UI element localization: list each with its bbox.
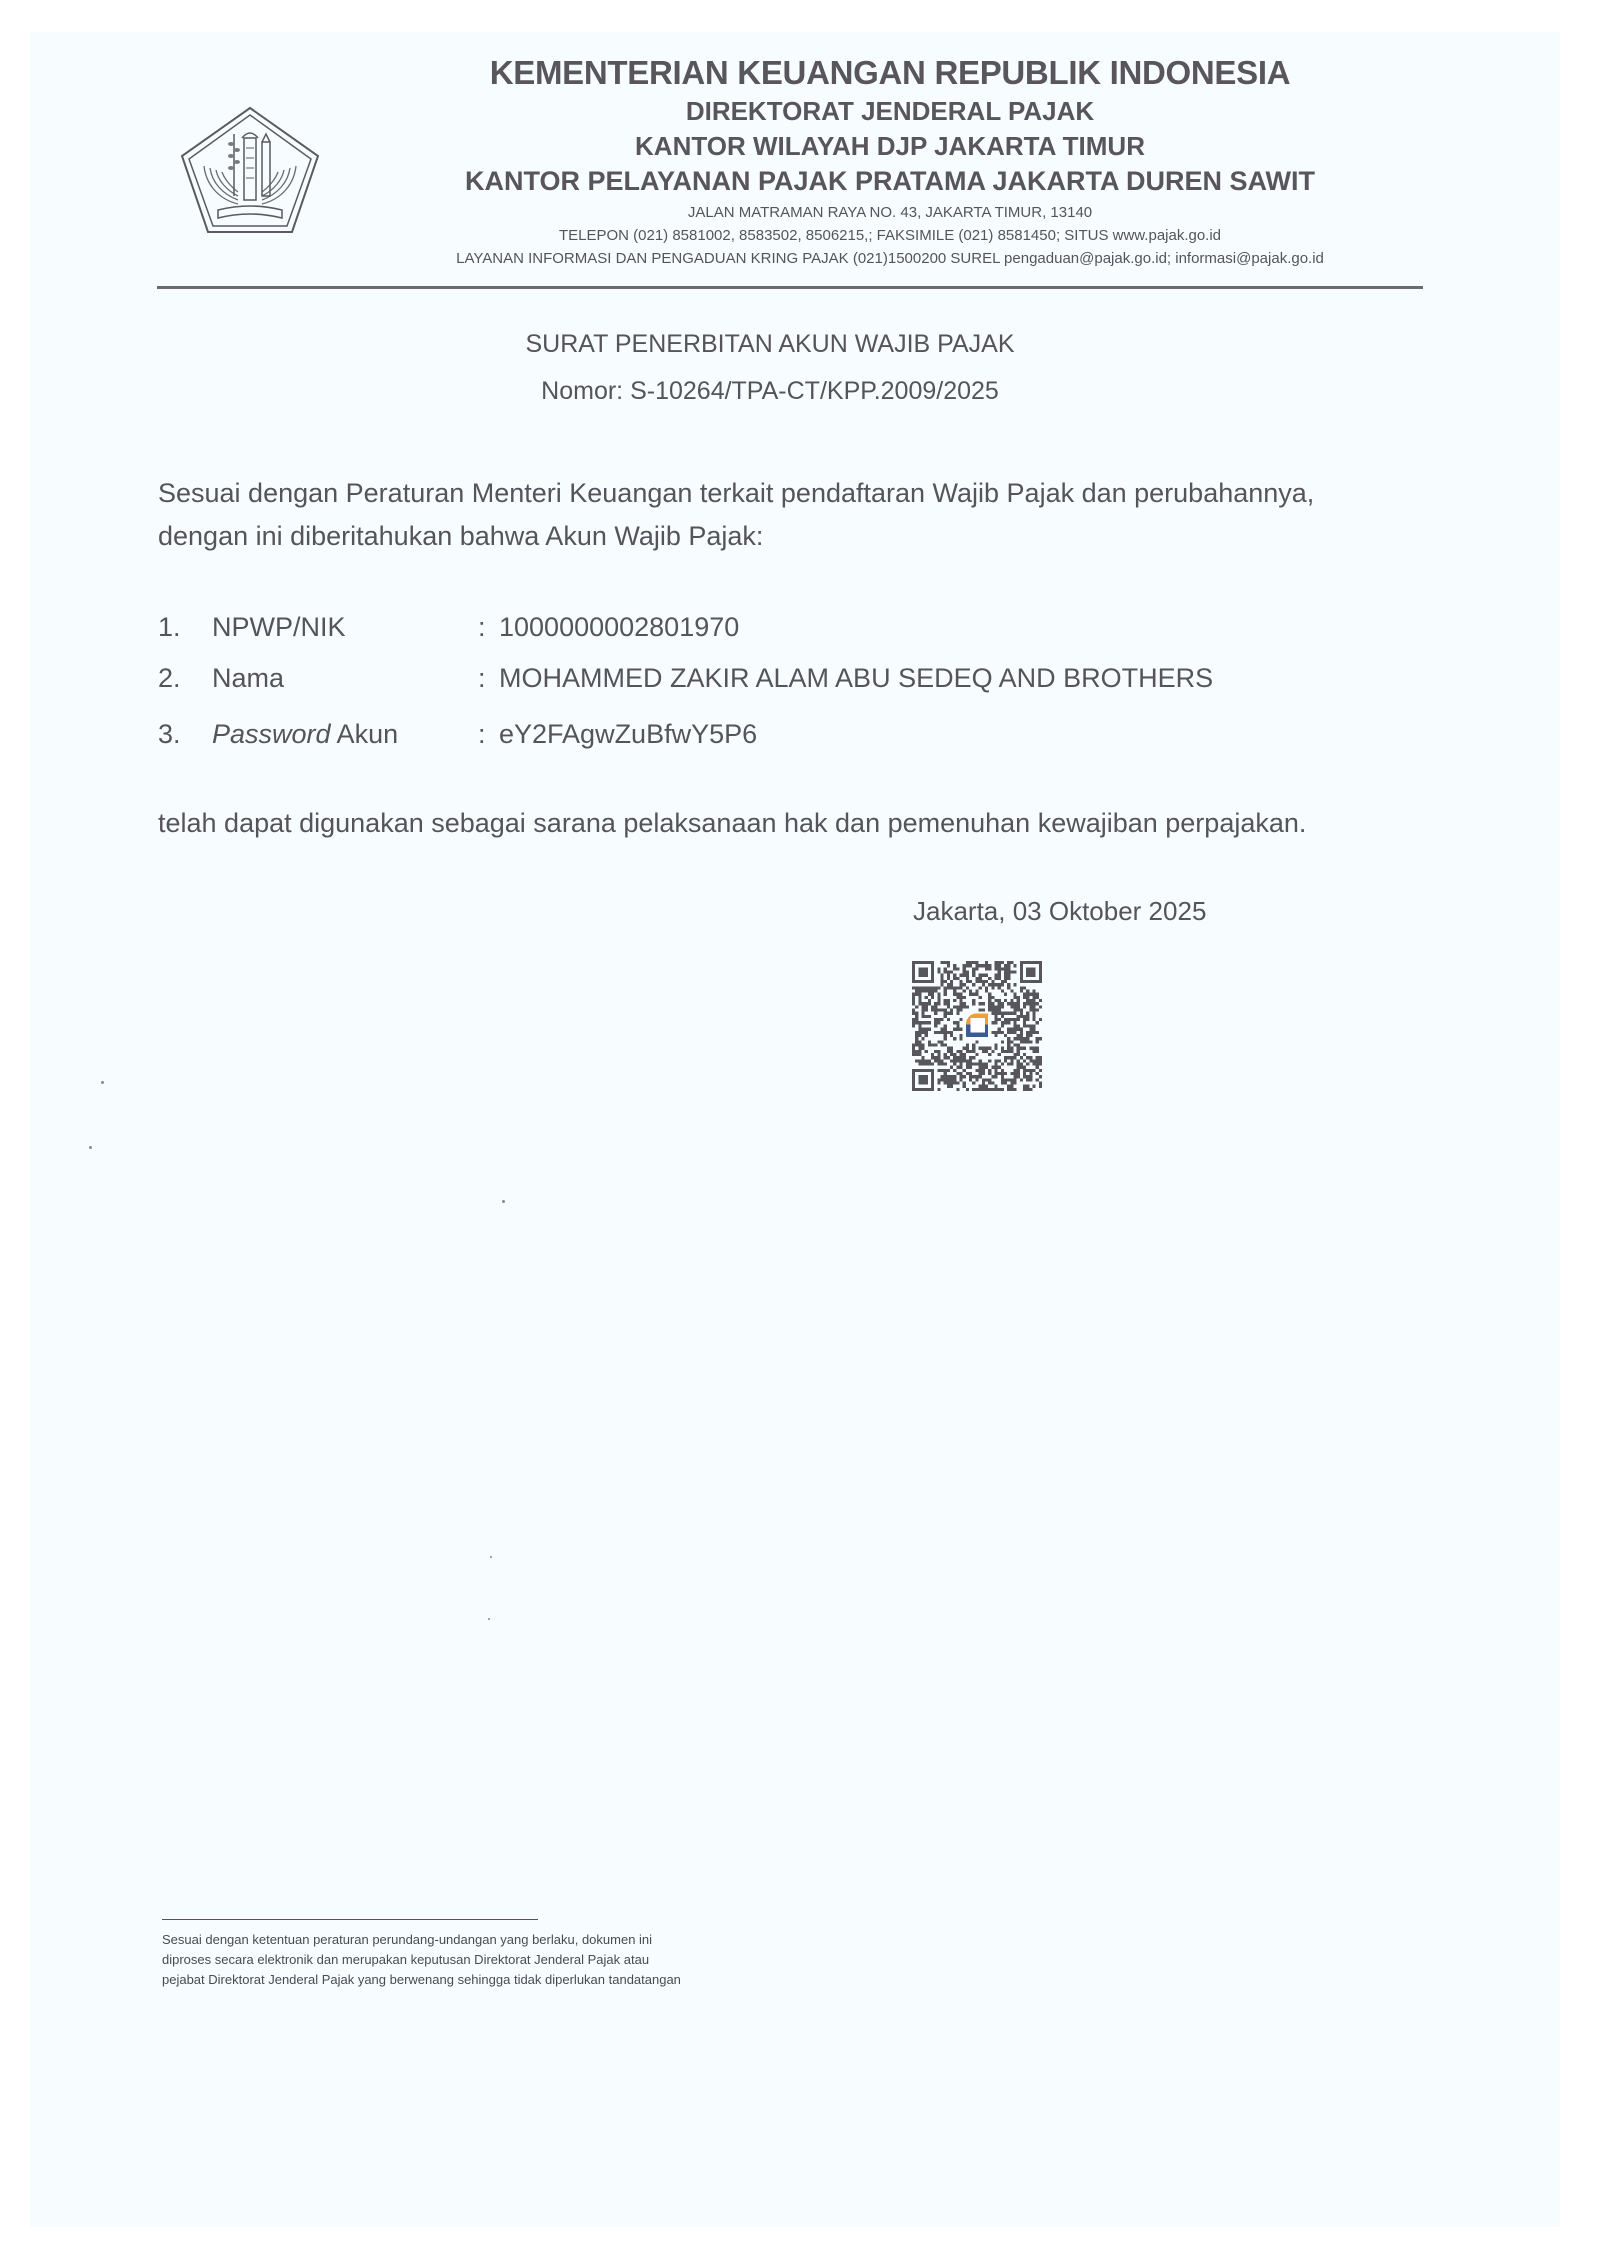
place-and-date: Jakarta, 03 Oktober 2025	[913, 896, 1206, 927]
footnote-line-3: pejabat Direktorat Jenderal Pajak yang b…	[162, 1972, 681, 1987]
footnote-line-2: diproses secara elektronik dan merupakan…	[162, 1952, 649, 1967]
field-number: 3.	[158, 719, 181, 750]
qr-code-icon	[912, 961, 1042, 1091]
field-separator: :	[478, 719, 486, 750]
document-number: Nomor: S-10264/TPA-CT/KPP.2009/2025	[0, 377, 1570, 406]
npwp-value: 1000000002801970	[499, 612, 739, 643]
intro-text-line-2: dengan ini diberitahukan bahwa Akun Waji…	[158, 521, 763, 552]
document-title: SURAT PENERBITAN AKUN WAJIB PAJAK	[0, 330, 1570, 359]
field-separator: :	[478, 612, 486, 643]
field-label-rest: Akun	[331, 719, 399, 749]
footnote-line-1: Sesuai dengan ketentuan peraturan perund…	[162, 1932, 652, 1947]
field-label: NPWP/NIK	[212, 612, 346, 643]
office-contact: TELEPON (021) 8581002, 8583502, 8506215,…	[330, 227, 1450, 244]
ministry-name: KEMENTERIAN KEUANGAN REPUBLIK INDONESIA	[330, 54, 1450, 92]
field-label-italic: Password	[212, 719, 331, 749]
scan-speck	[490, 1556, 492, 1558]
letterhead-divider	[157, 286, 1423, 289]
tax-office-name: KANTOR PELAYANAN PAJAK PRATAMA JAKARTA D…	[330, 166, 1450, 197]
field-number: 2.	[158, 663, 181, 694]
field-label: Password Akun	[212, 719, 398, 750]
taxpayer-name-value: MOHAMMED ZAKIR ALAM ABU SEDEQ AND BROTHE…	[499, 663, 1213, 694]
closing-text: telah dapat digunakan sebagai sarana pel…	[158, 808, 1306, 839]
scan-speck	[89, 1146, 92, 1149]
office-address: JALAN MATRAMAN RAYA NO. 43, JAKARTA TIMU…	[330, 204, 1450, 221]
ministry-of-finance-emblem-icon	[178, 104, 322, 236]
field-label: Nama	[212, 663, 284, 694]
regional-office-name: KANTOR WILAYAH DJP JAKARTA TIMUR	[330, 131, 1450, 162]
footnote-divider	[162, 1919, 538, 1920]
field-number: 1.	[158, 612, 181, 643]
password-value: eY2FAgwZuBfwY5P6	[499, 719, 757, 750]
intro-text-line-1: Sesuai dengan Peraturan Menteri Keuangan…	[158, 478, 1314, 509]
document-page	[30, 32, 1560, 2227]
field-separator: :	[478, 663, 486, 694]
directorate-name: DIREKTORAT JENDERAL PAJAK	[330, 96, 1450, 127]
office-service-info: LAYANAN INFORMASI DAN PENGADUAN KRING PA…	[330, 250, 1450, 267]
scan-speck	[502, 1200, 505, 1203]
scan-speck	[101, 1081, 104, 1084]
scan-speck	[488, 1618, 490, 1620]
